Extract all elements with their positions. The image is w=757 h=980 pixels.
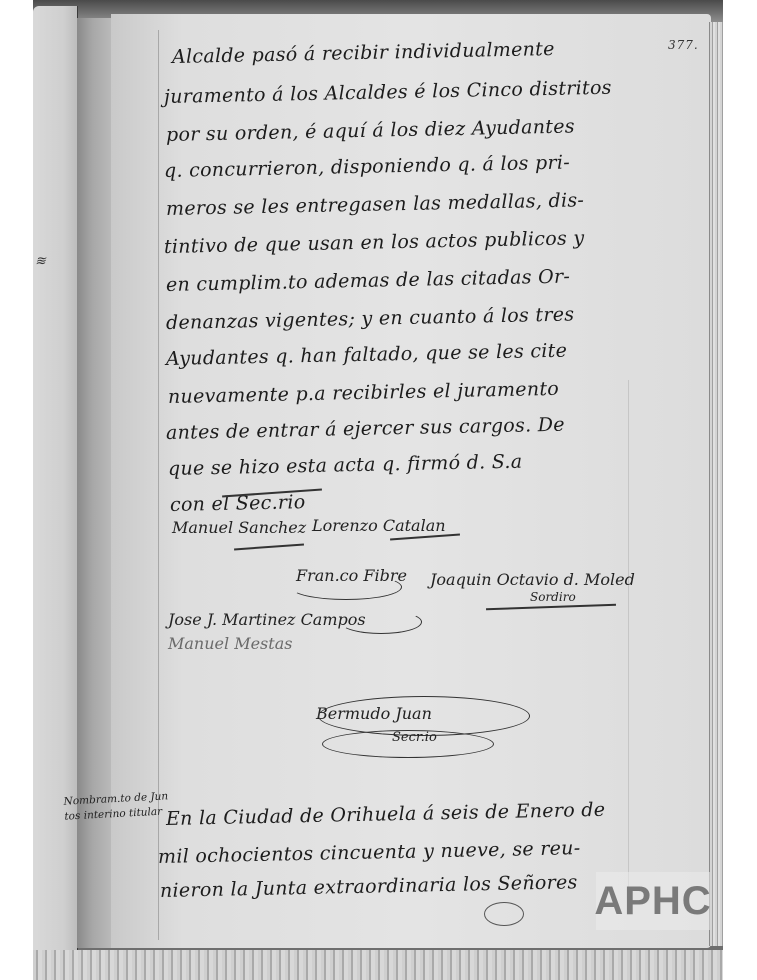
watermark-text: APHC: [594, 879, 711, 924]
margin-note: Nombram.to de Jun tos interino titular: [63, 789, 169, 824]
signature-flourish: [322, 730, 494, 758]
signature: Jose J. Martinez Campos: [168, 610, 366, 629]
book-binding-bottom: [33, 950, 723, 980]
seal-flourish: [484, 902, 524, 926]
manuscript-scan: ≋: [33, 0, 723, 980]
signature: Joaquin Octavio d. Moled: [430, 570, 635, 589]
signature-title: Sordiro: [530, 590, 576, 604]
signature-flourish: [340, 610, 422, 634]
left-page-mark: ≋: [35, 254, 46, 269]
signature: Manuel Sanchez: [172, 518, 306, 537]
right-rule-line: [628, 380, 629, 900]
signature: Lorenzo Catalan: [312, 516, 446, 535]
signature-flourish: [290, 574, 402, 600]
signature-faded: Manuel Mestas: [168, 634, 292, 653]
page-edge-stack: [709, 22, 723, 946]
archive-watermark: APHC: [596, 872, 710, 930]
folio-number: 377.: [668, 38, 699, 52]
